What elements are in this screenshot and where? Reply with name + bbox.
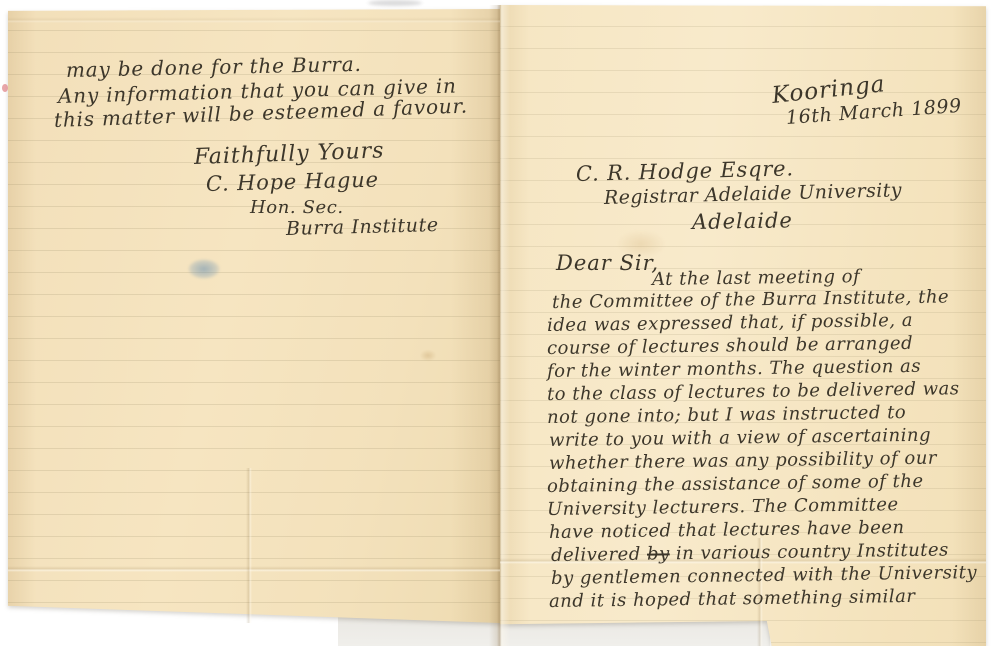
signature: C. Hope Hague [206, 167, 379, 196]
body-line-with-strikethrough: delivered by in various country Institut… [551, 539, 949, 566]
body-line: idea was expressed that, if possible, a [547, 310, 913, 336]
body-line: write to you with a view of ascertaining [549, 425, 931, 451]
body-line: not gone into; but I was instructed to [547, 402, 906, 428]
handwriting-layer: may be done for the Burra. Any informati… [0, 0, 999, 646]
body-line: have noticed that lectures have been [549, 517, 905, 543]
struck-word: by [647, 543, 670, 564]
body-line: course of lectures should be arranged [547, 333, 913, 359]
body-text: in various country Institutes [670, 539, 949, 564]
signer-title: Hon. Sec. [250, 197, 344, 218]
organization: Burra Institute [286, 214, 439, 240]
recipient-city: Adelaide [692, 208, 793, 234]
body-line: the Committee of the Burra Institute, th… [552, 286, 949, 313]
recipient-name: C. R. Hodge Esqre. [576, 156, 794, 186]
body-text: delivered [551, 544, 647, 566]
body-line: to the class of lectures to be delivered… [547, 378, 960, 405]
body-line: obtaining the assistance of some of the [547, 471, 924, 497]
body-line: University lecturers. The Committee [547, 494, 899, 520]
body-line: and it is hoped that something similar [549, 586, 916, 612]
body-line: for the winter months. The question as [547, 356, 921, 382]
closing-line: Faithfully Yours [194, 138, 385, 170]
body-line: At the last meeting of [652, 266, 860, 290]
body-line: whether there was any possibility of our [549, 448, 937, 474]
letter-scan: may be done for the Burra. Any informati… [0, 0, 999, 646]
salutation: Dear Sir, [556, 251, 659, 275]
